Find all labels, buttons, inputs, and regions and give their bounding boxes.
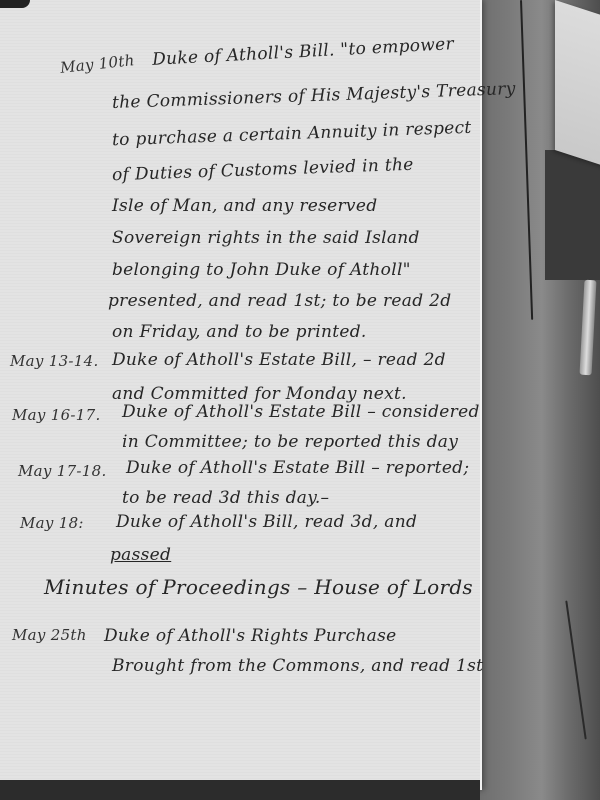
entry-line: Sovereign rights in the said Island [112, 228, 420, 248]
bottom-shadow [0, 780, 480, 800]
entry-date: May 16-17. [12, 406, 101, 424]
entry-date: May 25th [12, 626, 87, 644]
entry-line: Duke of Atholl's Rights Purchase [104, 626, 396, 646]
entry-date: May 17-18. [18, 462, 107, 480]
entry-line: on Friday, and to be printed. [112, 322, 367, 342]
entry-line: Duke of Atholl's Bill, read 3d, and [116, 512, 417, 532]
corner-shadow [0, 0, 30, 8]
entry-line: to be read 3d this day.– [122, 488, 329, 508]
entry-date: May 18: [20, 514, 84, 532]
entry-line: Duke of Atholl's Estate Bill – reported; [126, 458, 469, 478]
entry-line: Duke of Atholl's Estate Bill – considere… [122, 402, 480, 422]
entry-line: passed [110, 545, 171, 565]
entry-line: belonging to John Duke of Atholl" [112, 260, 411, 280]
dark-object [545, 150, 600, 280]
section-heading: Minutes of Proceedings – House of Lords [44, 575, 473, 599]
entry-line: in Committee; to be reported this day [122, 432, 458, 452]
entry-line: Brought from the Commons, and read 1st [112, 656, 483, 676]
entry-line: and Committed for Monday next. [112, 384, 407, 404]
loose-paper-sheet [555, 0, 600, 169]
entry-date: May 13-14. [10, 352, 99, 370]
entry-line: Isle of Man, and any reserved [112, 196, 377, 216]
entry-line: presented, and read 1st; to be read 2d [108, 291, 451, 311]
entry-line: Duke of Atholl's Estate Bill, – read 2d [112, 350, 446, 370]
